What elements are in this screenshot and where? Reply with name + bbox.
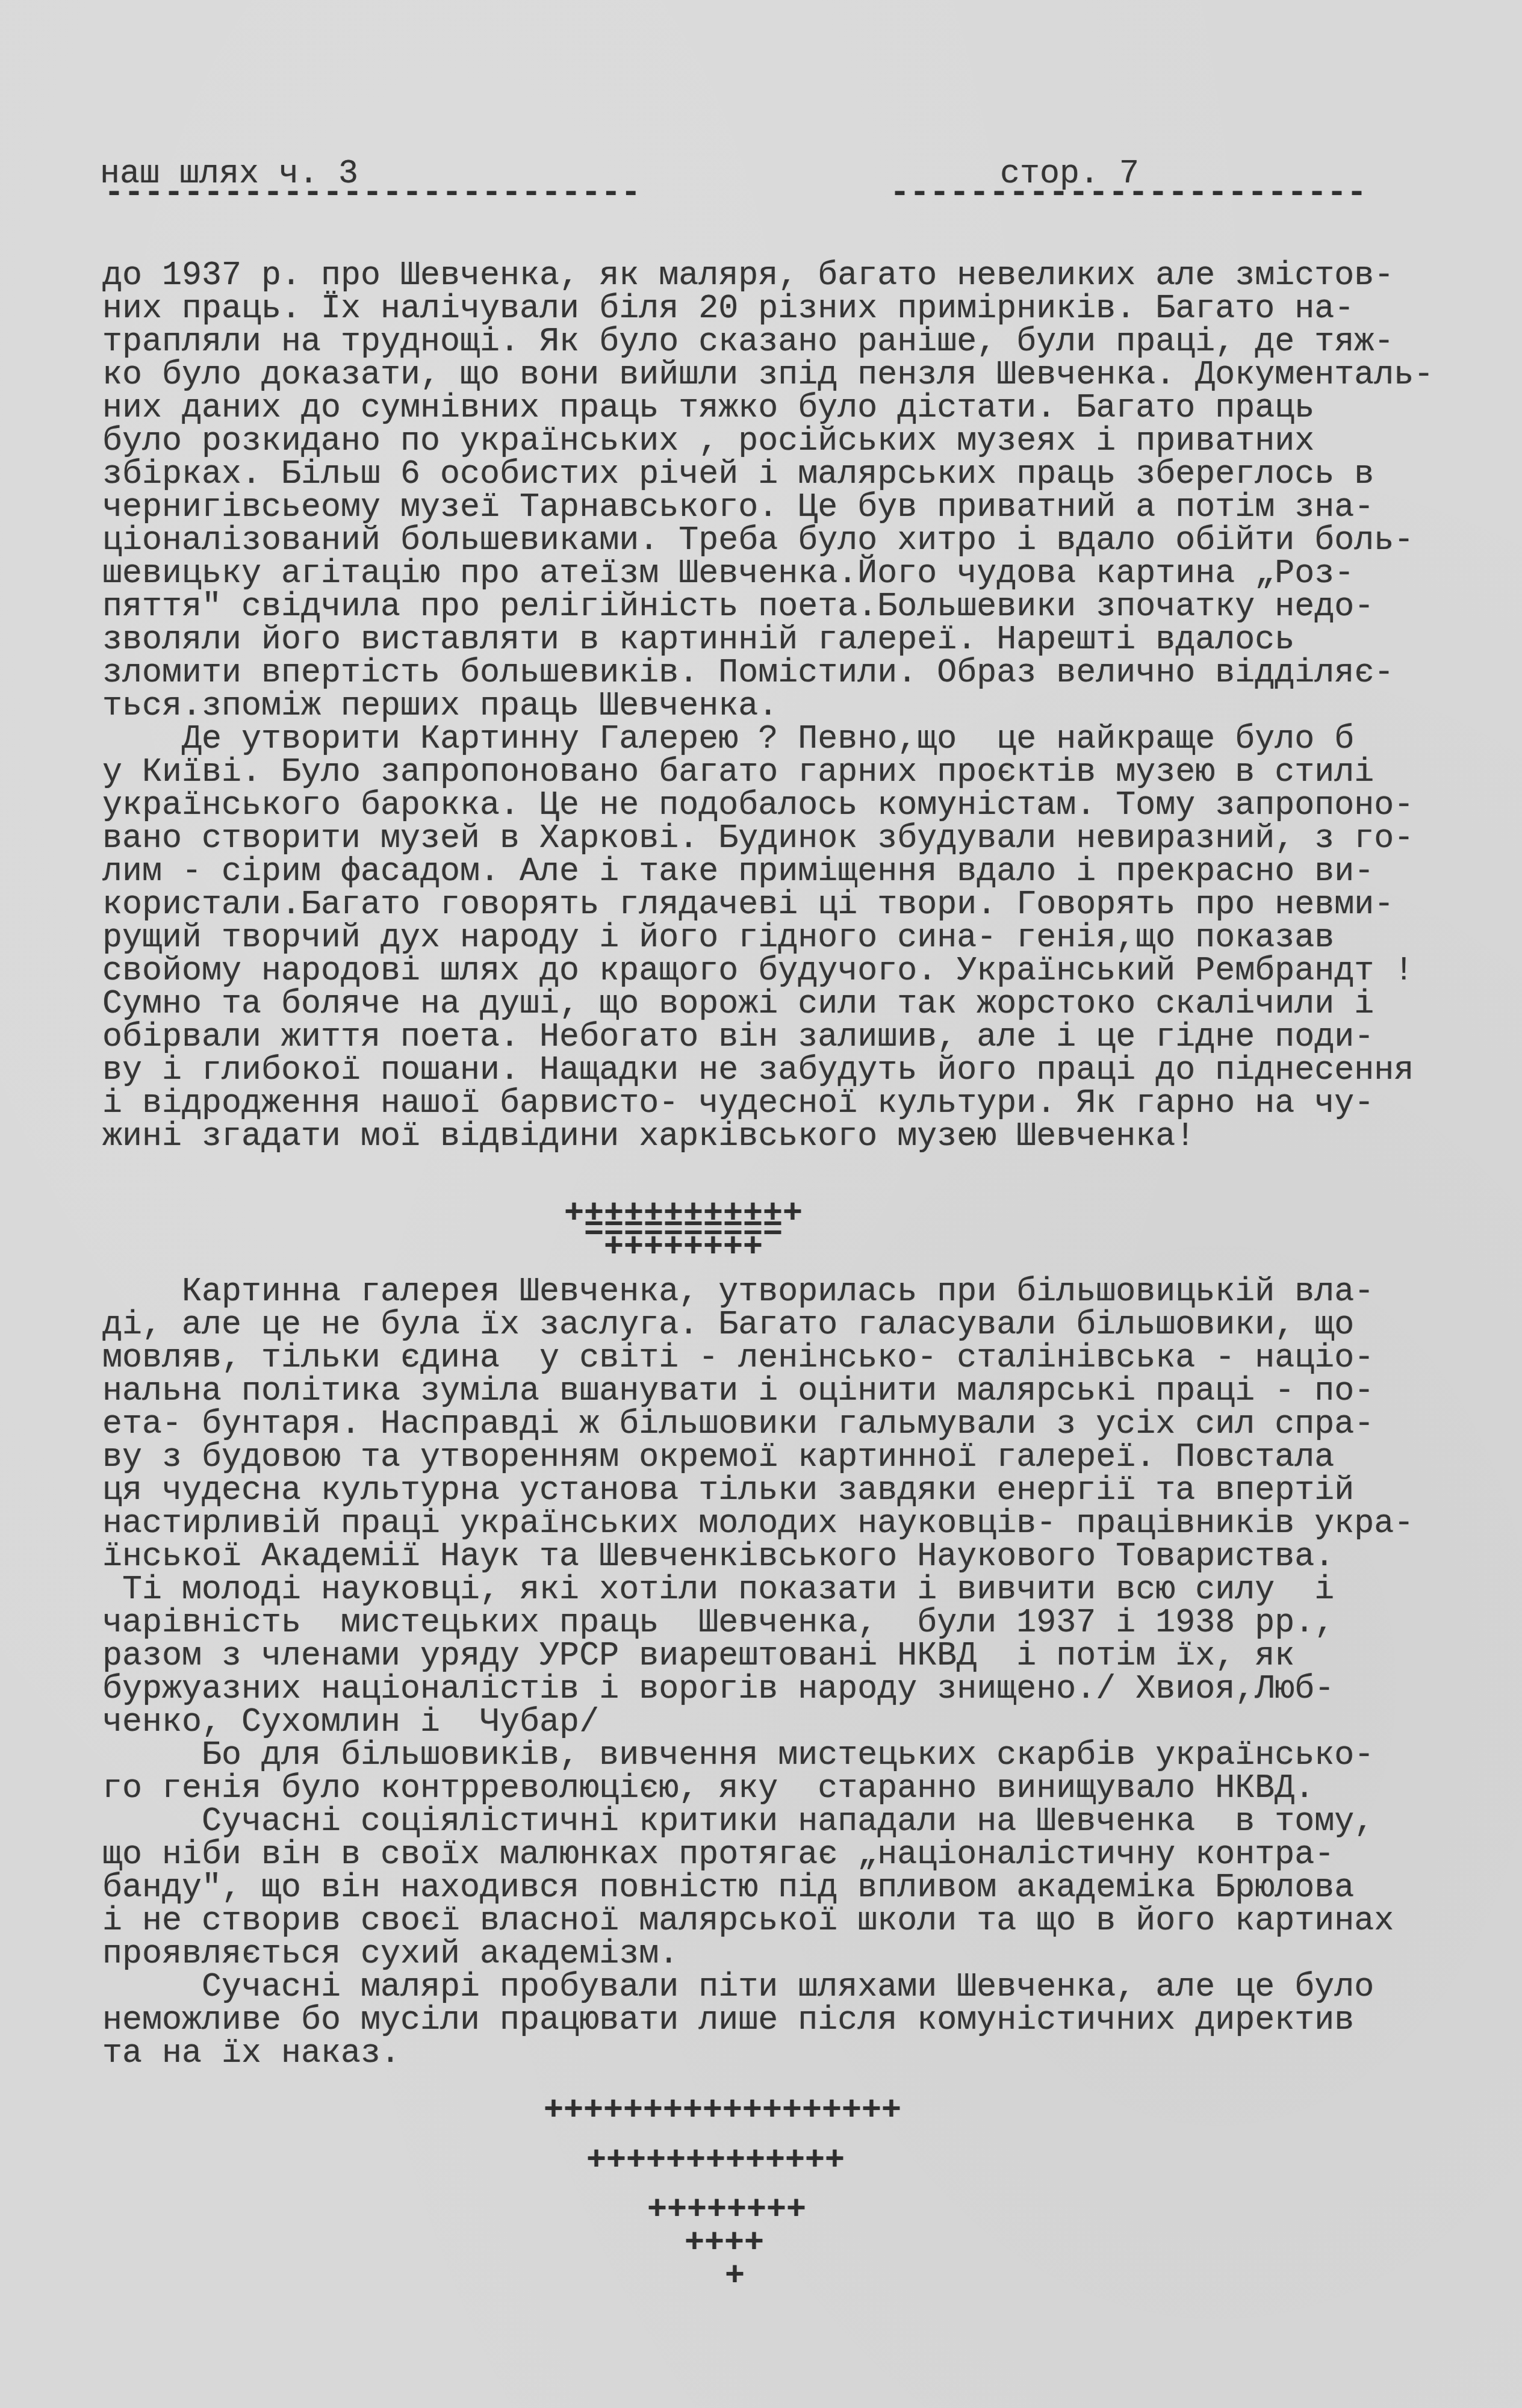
text-line: буржуазних націоналістів і ворогів народ…	[102, 1672, 1414, 1705]
paragraph-start-line: Бо для більшовиків, вивчення мистецьких …	[102, 1739, 1414, 1772]
text-line: ета- бунтаря. Насправді ж більшовики гал…	[102, 1407, 1414, 1441]
text-line: трапляли на труднощі. Як було сказано ра…	[102, 325, 1433, 358]
closing-ornament-row: ++++++++	[647, 2193, 806, 2226]
text-line: ченко, Сухомлин і Чубар/	[102, 1705, 1414, 1739]
text-line: їнської Академії Наук та Шевченківського…	[102, 1540, 1414, 1573]
section-1-text: до 1937 р. про Шевченка, як маляря, бага…	[102, 259, 1433, 1153]
text-line: у Київі. Було запропоновано багато гарни…	[102, 756, 1433, 789]
text-line: го генія було контрреволюцією, яку стара…	[102, 1772, 1414, 1805]
text-line: вано створити музей в Харкові. Будинок з…	[102, 822, 1433, 855]
closing-ornament-row: +++++++++++++	[586, 2144, 845, 2177]
closing-ornament-row: ++++	[685, 2226, 764, 2259]
header-right-rule: ------------------------	[890, 176, 1367, 209]
text-line: користали.Багато говорять глядачеві ці т…	[102, 888, 1433, 921]
text-line: збірках. Більш 6 особистих річей і маляр…	[102, 458, 1433, 491]
separator-ornament-row: ++++++++	[604, 1230, 763, 1264]
text-line: мовляв, тільки єдина у світі - ленінсько…	[102, 1341, 1414, 1374]
text-line: зволяли його виставляти в картинній гале…	[102, 623, 1433, 656]
text-line: що ніби він в своїх малюнках протягає „н…	[102, 1838, 1414, 1871]
text-line: проявляється сухий академізм.	[102, 1937, 1414, 1970]
text-line: ця чудесна культурна установа тільки зав…	[102, 1474, 1414, 1507]
text-line: рущий творчий дух народу і його гідного …	[102, 921, 1433, 954]
closing-ornament-row: +	[725, 2259, 745, 2292]
text-line: банду", що він находився повністю під вп…	[102, 1871, 1414, 1904]
paragraph-start-line: Сучасні соціялістичні критики нападали н…	[102, 1805, 1414, 1838]
text-line: пяття" свідчила про релігійність поета.Б…	[102, 590, 1433, 623]
text-line: зломити впертість большевиків. Помістили…	[102, 656, 1433, 689]
text-line: і не створив своєї власної малярської шк…	[102, 1904, 1414, 1937]
text-line: українського барокка. Це не подобалось к…	[102, 789, 1433, 822]
section-2-text: Картинна галерея Шевченка, утворилась пр…	[102, 1275, 1414, 2070]
text-line: лим - сірим фасадом. Але і таке приміщен…	[102, 855, 1433, 888]
text-line: них даних до сумнівних праць тяжко було …	[102, 391, 1433, 424]
paragraph-start-line: Картинна галерея Шевченка, утворилась пр…	[102, 1275, 1414, 1308]
text-line: ціоналізований большевиками. Треба було …	[102, 524, 1433, 557]
paragraph-start-line: Де утворити Картинну Галерею ? Певно,що …	[102, 722, 1433, 756]
text-line: ді, але це не була їх заслуга. Багато га…	[102, 1308, 1414, 1341]
text-line: свойому народові шлях до кращого будучог…	[102, 954, 1433, 987]
text-line: шевицьку агітацію про атеїзм Шевченка.Йо…	[102, 557, 1433, 590]
text-line: ву з будовою та утворенням окремої карти…	[102, 1441, 1414, 1474]
paragraph-start-line: Сучасні малярі пробували піти шляхами Ше…	[102, 1970, 1414, 2003]
text-line: ву і глибокої пошани. Нащадки не забудут…	[102, 1053, 1433, 1087]
text-line: чернигівсьеому музеї Тарнавського. Це бу…	[102, 491, 1433, 524]
text-line: і відродження нашої барвисто- чудесної к…	[102, 1087, 1433, 1120]
closing-ornament-row: ++++++++++++++++++	[544, 2094, 901, 2127]
text-line: разом з членами уряду УРСР виарештовані …	[102, 1639, 1414, 1672]
header-left-rule: ---------------------------	[104, 176, 641, 209]
text-line: жині згадати мої відвідини харківського …	[102, 1120, 1433, 1153]
text-line: Сумно та боляче на душі, що ворожі сили …	[102, 987, 1433, 1020]
text-line: чарівність мистецьких праць Шевченка, бу…	[102, 1606, 1414, 1639]
text-line: до 1937 р. про Шевченка, як маляря, бага…	[102, 259, 1433, 292]
text-line: них праць. Їх налічували біля 20 різних …	[102, 292, 1433, 325]
text-line: нальна політика зуміла вшанувати і оціни…	[102, 1374, 1414, 1407]
document-page: наш шлях ч. 3 --------------------------…	[0, 0, 1522, 2408]
text-line: обірвали життя поета. Небогато він залиш…	[102, 1020, 1433, 1053]
text-line: було розкидано по українських , російськ…	[102, 424, 1433, 458]
paragraph-start-line: Ті молоді науковці, які хотіли показати …	[102, 1573, 1414, 1606]
text-line: ться.зпоміж перших праць Шевченка.	[102, 689, 1433, 722]
text-line: та на їх наказ.	[102, 2037, 1414, 2070]
text-line: настирливій праці українських молодих на…	[102, 1507, 1414, 1540]
text-line: неможливе бо мусіли працювати лише після…	[102, 2003, 1414, 2037]
text-line: ко було доказати, що вони вийшли зпід пе…	[102, 358, 1433, 391]
